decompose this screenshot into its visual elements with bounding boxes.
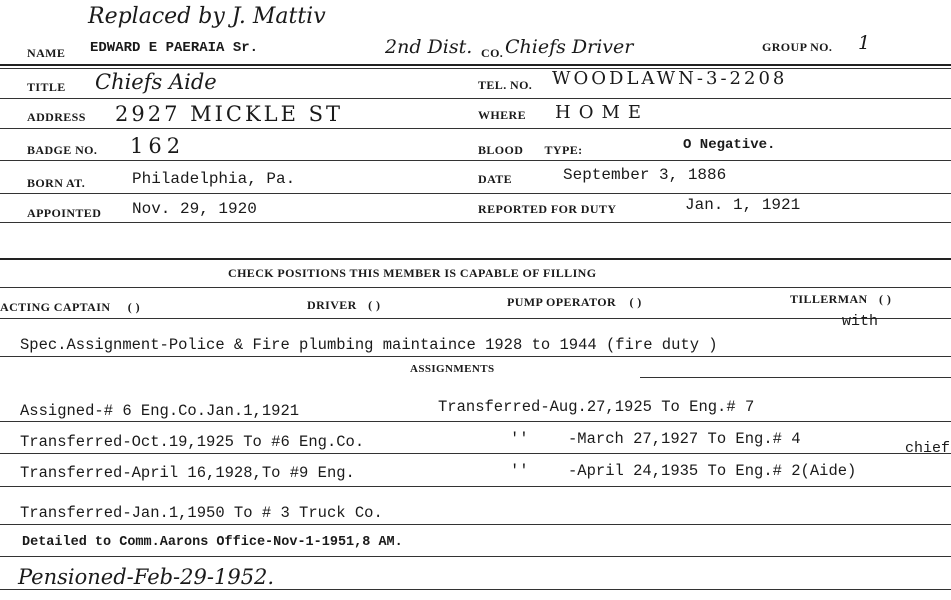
district-value: 2nd Dist. <box>385 36 472 58</box>
positions-heading: CHECK POSITIONS THIS MEMBER IS CAPABLE O… <box>228 266 596 281</box>
where-value: HOME <box>555 102 649 123</box>
position-tillerman: TILLERMAN ( ) <box>790 292 891 307</box>
divider <box>0 453 951 454</box>
checkbox[interactable]: ( ) <box>630 295 642 309</box>
assignment-row-5: Detailed to Comm.Aarons Office-Nov-1-195… <box>22 535 403 550</box>
blood-type-value: O Negative. <box>683 137 775 153</box>
position-acting-captain: ACTING CAPTAIN ( ) <box>0 300 140 315</box>
checkbox[interactable]: ( ) <box>128 300 140 314</box>
blood-type-label: BLOOD TYPE: <box>478 143 583 158</box>
divider <box>0 356 951 357</box>
born-at-label: BORN AT. <box>27 176 85 191</box>
title-value: Chiefs Aide <box>95 70 217 94</box>
assignments-heading: ASSIGNMENTS <box>410 363 494 375</box>
position-label: TILLERMAN <box>790 292 868 306</box>
tel-no-value: WOODLAWN-3-2208 <box>552 68 787 89</box>
group-no-label: GROUP NO. <box>762 40 832 55</box>
divider <box>0 128 951 129</box>
special-assignment-text: Spec.Assignment-Police & Fire plumbing m… <box>20 336 718 354</box>
divider <box>0 68 951 69</box>
reported-for-duty-label: REPORTED FOR DUTY <box>478 202 616 217</box>
reported-for-duty-value: Jan. 1, 1921 <box>685 196 800 214</box>
appointed-value: Nov. 29, 1920 <box>132 200 257 218</box>
name-label: NAME <box>27 46 65 61</box>
position-label: PUMP OPERATOR <box>507 295 616 309</box>
assignment-row-3-right: -April 24,1935 To Eng.# 2(Aide) <box>568 462 856 480</box>
tel-no-label: TEL. NO. <box>478 78 532 93</box>
assignment-row-2-left: Transferred-Oct.19,1925 To #6 Eng.Co. <box>20 433 364 451</box>
date-label: DATE <box>478 172 512 187</box>
divider <box>640 377 951 378</box>
address-label: ADDRESS <box>27 110 86 125</box>
assignment-row-6-pensioned: Pensioned-Feb-29-1952. <box>18 565 274 589</box>
title-label: TITLE <box>27 80 66 95</box>
divider <box>0 222 951 223</box>
divider <box>0 486 951 487</box>
where-label: WHERE <box>478 108 526 123</box>
assignment-row-3-ditto: '' <box>510 462 529 480</box>
divider <box>0 318 951 319</box>
company-label: CO. <box>481 46 503 61</box>
position-label: ACTING CAPTAIN <box>0 300 110 314</box>
divider <box>0 160 951 161</box>
checkbox[interactable]: ( ) <box>879 292 891 306</box>
replaced-by-annotation: Replaced by J. Mattiv <box>88 4 326 29</box>
group-no-value: 1 <box>858 32 870 54</box>
appointed-label: APPOINTED <box>27 206 101 221</box>
assignment-row-2-right: -March 27,1927 To Eng.# 4 <box>568 430 801 448</box>
assignment-row-4: Transferred-Jan.1,1950 To # 3 Truck Co. <box>20 504 383 522</box>
company-value: Chiefs Driver <box>505 36 633 58</box>
date-value: September 3, 1886 <box>563 166 726 184</box>
divider <box>0 98 951 99</box>
name-value: EDWARD E PAERAIA Sr. <box>90 40 258 56</box>
badge-no-label: BADGE NO. <box>27 143 97 158</box>
checkbox[interactable]: ( ) <box>368 298 380 312</box>
badge-no-value: 162 <box>130 134 185 158</box>
position-pump-operator: PUMP OPERATOR ( ) <box>507 295 642 310</box>
divider <box>0 524 951 525</box>
divider <box>0 589 951 590</box>
divider <box>0 193 951 194</box>
divider <box>0 421 951 422</box>
assignment-row-1-right: Transferred-Aug.27,1925 To Eng.# 7 <box>438 398 754 416</box>
special-assignment-superscript: with <box>842 313 878 330</box>
assignment-row-3-superscript: chief <box>905 440 950 457</box>
assignment-row-3-left: Transferred-April 16,1928,To #9 Eng. <box>20 464 355 482</box>
divider <box>0 64 951 66</box>
position-label: DRIVER <box>307 298 357 312</box>
position-driver: DRIVER ( ) <box>307 298 380 313</box>
assignment-row-2-ditto: '' <box>510 430 529 448</box>
divider <box>0 258 951 260</box>
born-at-value: Philadelphia, Pa. <box>132 170 295 188</box>
address-value: 2927 MICKLE ST <box>115 102 343 126</box>
assignment-row-1-left: Assigned-# 6 Eng.Co.Jan.1,1921 <box>20 402 299 420</box>
divider <box>0 556 951 557</box>
divider <box>0 287 951 288</box>
